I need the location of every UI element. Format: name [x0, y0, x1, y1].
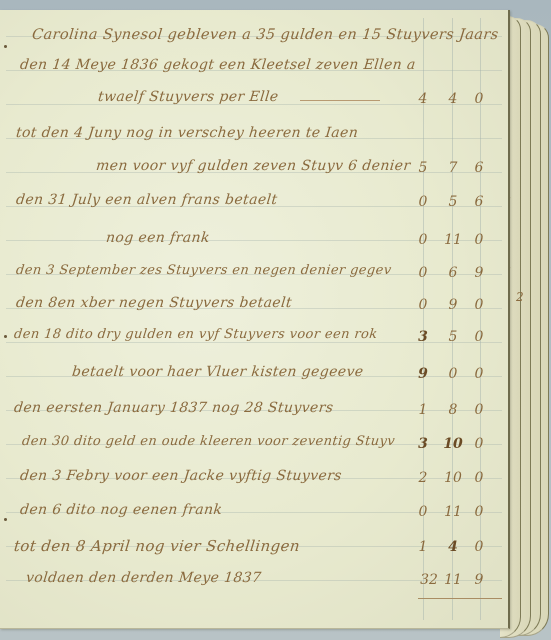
- ledger-row: den 3 September zes Stuyvers en negen de…: [0, 263, 508, 293]
- amount-stuyvers: 6: [440, 265, 466, 281]
- entry-text: den 30 dito geld en oude kleeren voor ze…: [21, 434, 396, 449]
- ledger-row: betaelt voor haer Vluer kisten gegeeve 9…: [0, 364, 508, 394]
- amount-deniers: 0: [466, 436, 492, 452]
- entry-text: den 3 Febry voor een Jacke vyftig Stuyve…: [19, 468, 342, 484]
- amount-stuyvers: 0: [440, 366, 466, 382]
- amount-stuyvers: 7: [440, 160, 466, 176]
- entry-text: nog een frank: [105, 230, 211, 246]
- ledger-page: Carolina Synesol gebleven a 35 gulden en…: [0, 10, 510, 629]
- ledger-row: den eersten January 1837 nog 28 Stuyvers…: [0, 400, 508, 430]
- entry-text: men voor vyf gulden zeven Stuyv 6 denier: [95, 158, 411, 174]
- ledger-row: twaelf Stuyvers per Elle 4 4 0: [0, 89, 508, 119]
- amount-deniers: 0: [466, 91, 492, 107]
- ledger-row: tot den 4 Juny nog in verschey heeren te…: [0, 125, 508, 155]
- total-deniers: 9: [466, 572, 492, 588]
- amount-gulden: 0: [410, 232, 436, 248]
- total-stuyvers: 11: [440, 572, 466, 588]
- entry-text: den 3 September zes Stuyvers en negen de…: [15, 263, 392, 278]
- entry-text: den 8en xber negen Stuyvers betaelt: [15, 295, 293, 311]
- ledger-row: den 14 Meye 1836 gekogt een Kleetsel zev…: [0, 57, 508, 87]
- amount-deniers: 0: [466, 504, 492, 520]
- amount-deniers: 6: [466, 194, 492, 210]
- amount-stuyvers: 9: [440, 297, 466, 313]
- amount-gulden: 9: [410, 366, 436, 382]
- ledger-row: den 31 July een alven frans betaelt 0 5 …: [0, 192, 508, 222]
- amount-deniers: 0: [466, 297, 492, 313]
- ledger-heading-row: Carolina Synesol gebleven a 35 gulden en…: [0, 27, 508, 57]
- ledger-row: den 30 dito geld en oude kleeren voor ze…: [0, 434, 508, 464]
- amount-stuyvers: 11: [440, 504, 466, 520]
- amount-stuyvers: 10: [440, 436, 466, 452]
- closing-text: voldaen den derden Meye 1837: [25, 570, 262, 586]
- amount-deniers: 0: [466, 470, 492, 486]
- amount-deniers: 0: [466, 329, 492, 345]
- amount-deniers: 0: [466, 366, 492, 382]
- ledger-row: den 18 dito dry gulden en vyf Stuyvers v…: [0, 327, 508, 357]
- amount-gulden: 1: [410, 402, 436, 418]
- amount-stuyvers: 11: [440, 232, 466, 248]
- amount-gulden: 3: [410, 436, 436, 452]
- amount-deniers: 0: [466, 232, 492, 248]
- amount-gulden: 2: [410, 470, 436, 486]
- amount-stuyvers: 4: [440, 91, 466, 107]
- ledger-heading: Carolina Synesol gebleven a 35 gulden en…: [31, 27, 499, 43]
- entry-text: den 31 July een alven frans betaelt: [15, 192, 278, 208]
- entry-text: den eersten January 1837 nog 28 Stuyvers: [13, 400, 334, 416]
- amount-gulden: 5: [410, 160, 436, 176]
- ledger-row: den 3 Febry voor een Jacke vyftig Stuyve…: [0, 468, 508, 498]
- amount-deniers: 0: [466, 539, 492, 555]
- ledger-row: den 6 dito nog eenen frank 0 11 0: [0, 502, 508, 532]
- amount-stuyvers: 10: [440, 470, 466, 486]
- entry-text: den 6 dito nog eenen frank: [19, 502, 223, 518]
- entry-text: betaelt voor haer Vluer kisten gegeeve: [71, 364, 364, 380]
- amount-deniers: 6: [466, 160, 492, 176]
- amount-gulden: 0: [410, 265, 436, 281]
- amount-stuyvers: 5: [440, 329, 466, 345]
- amount-stuyvers: 4: [440, 539, 466, 555]
- amount-gulden: 0: [410, 194, 436, 210]
- ledger-row: men voor vyf gulden zeven Stuyv 6 denier…: [0, 158, 508, 188]
- amount-gulden: 4: [410, 91, 436, 107]
- amount-gulden: 0: [410, 504, 436, 520]
- ledger-row: tot den 8 April nog vier Schellingen 1 4…: [0, 537, 508, 567]
- amount-stuyvers: 8: [440, 402, 466, 418]
- amount-gulden: 1: [410, 539, 436, 555]
- edge-mark: 2: [516, 290, 524, 304]
- amount-deniers: 9: [466, 265, 492, 281]
- ledger-total-row: voldaen den derden Meye 1837 32 11 9: [0, 570, 508, 600]
- entry-text: tot den 8 April nog vier Schellingen: [13, 537, 301, 555]
- entry-text: tot den 4 Juny nog in verschey heeren te…: [15, 125, 359, 141]
- amount-gulden: 3: [410, 329, 436, 345]
- ledger-row: nog een frank 0 11 0: [0, 230, 508, 260]
- ledger-row: den 8en xber negen Stuyvers betaelt 0 9 …: [0, 295, 508, 325]
- amount-gulden: 0: [410, 297, 436, 313]
- amount-deniers: 0: [466, 402, 492, 418]
- amount-stuyvers: 5: [440, 194, 466, 210]
- fill-line: [300, 100, 380, 101]
- entry-text: twaelf Stuyvers per Elle: [97, 89, 279, 105]
- entry-text: den 14 Meye 1836 gekogt een Kleetsel zev…: [19, 57, 416, 73]
- entry-text: den 18 dito dry gulden en vyf Stuyvers v…: [13, 327, 378, 342]
